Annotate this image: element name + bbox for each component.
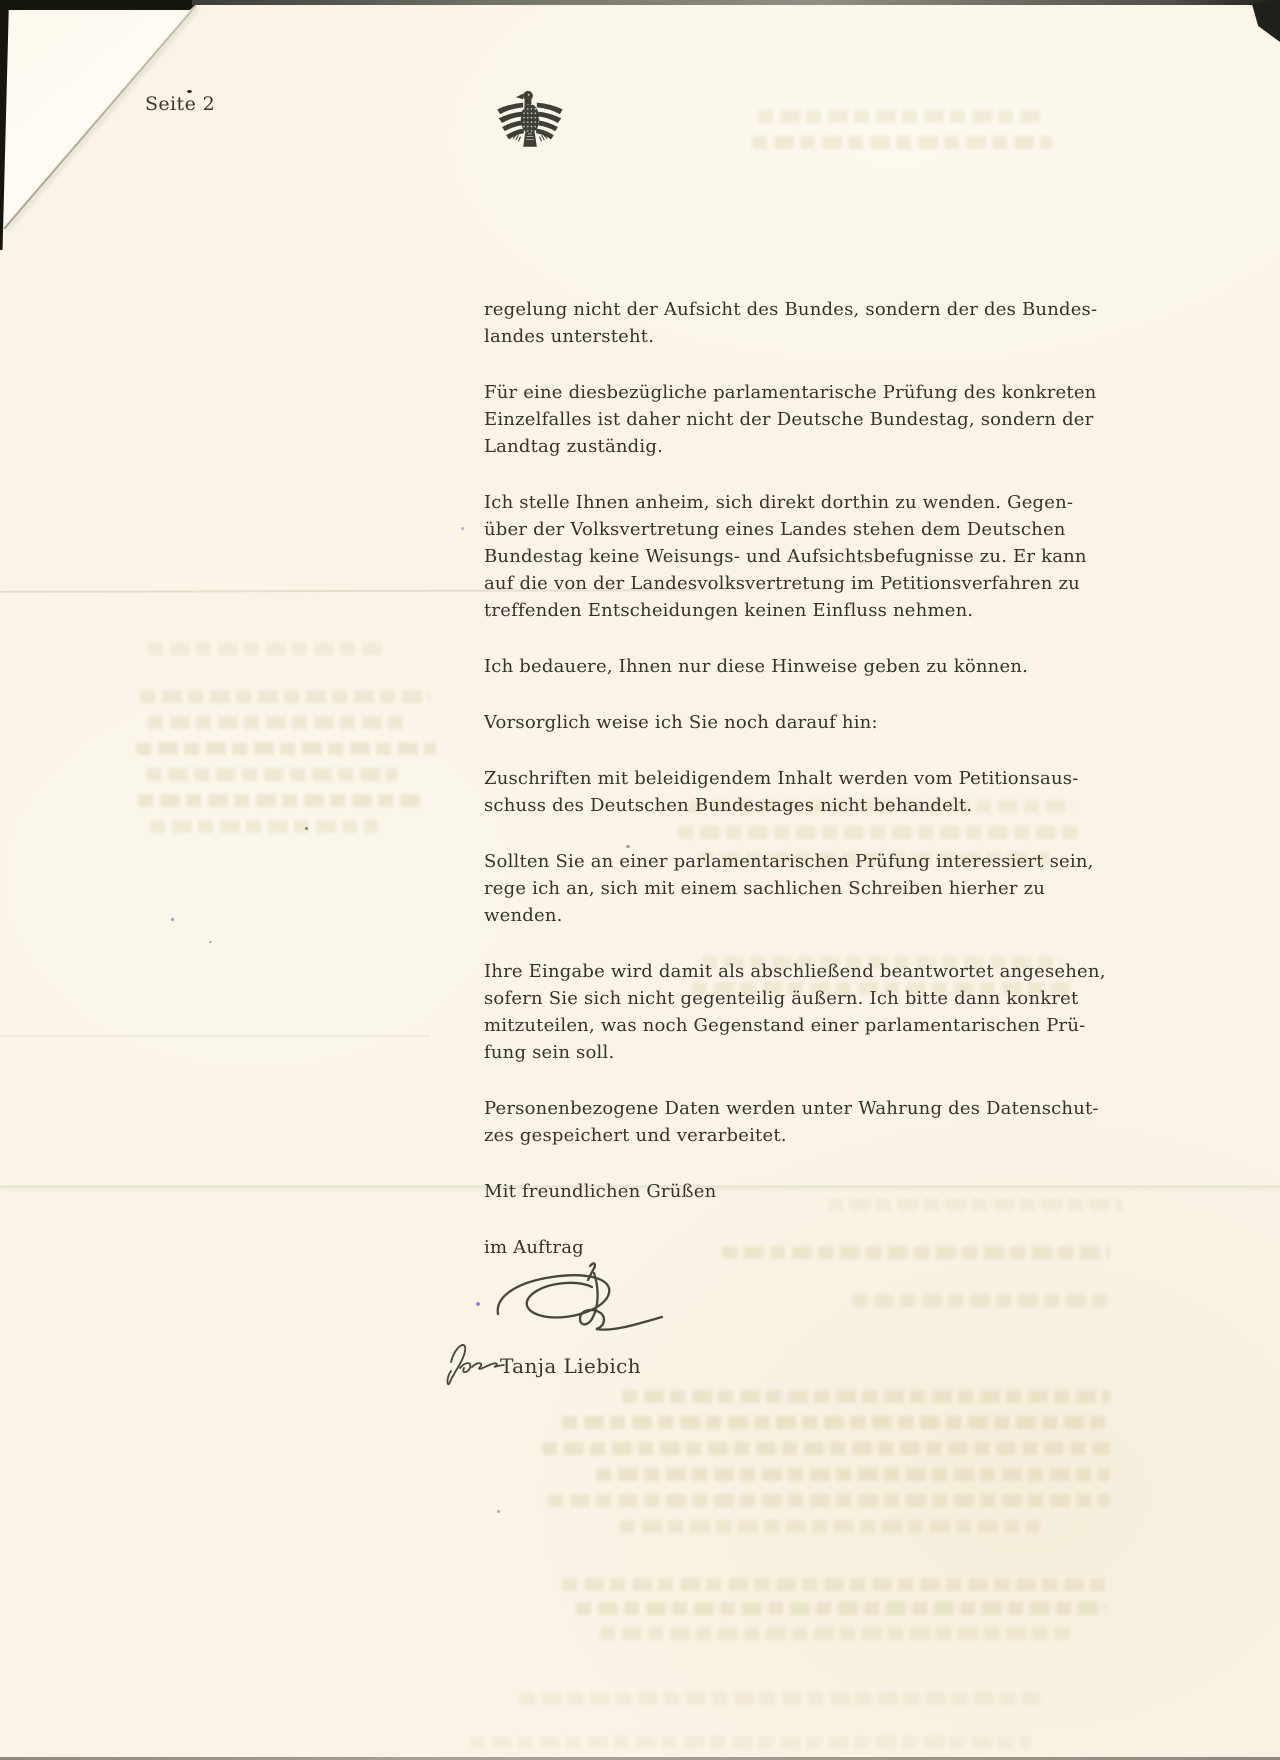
paragraph: Zuschriften mit beleidigendem Inhalt wer… [484, 765, 1164, 819]
scanned-letter-page: Seite 2 [0, 0, 1280, 1760]
ink-speck [305, 827, 308, 830]
letter-body: regelung nicht der Aufsicht des Bundes, … [484, 296, 1164, 1290]
scanner-edge-top-right [1252, 0, 1280, 42]
initials-scribble [444, 1334, 506, 1390]
paragraph: Vorsorglich weise ich Sie noch darauf hi… [484, 709, 1164, 736]
bleed-through-line [148, 716, 410, 729]
bleed-through-line [542, 1442, 1110, 1455]
bleed-through-line [136, 742, 436, 755]
paragraph: Ich bedauere, Ihnen nur diese Hinweise g… [484, 653, 1164, 680]
ink-speck [171, 918, 174, 921]
paragraph: regelung nicht der Aufsicht des Bundes, … [484, 296, 1164, 350]
ink-speck [626, 845, 630, 848]
paragraph: Personenbezogene Daten werden unter Wahr… [484, 1095, 1164, 1149]
bleed-through-line [148, 642, 383, 655]
ink-speck [476, 1302, 480, 1306]
bleed-through-line [758, 110, 1043, 123]
bleed-through-line [140, 690, 430, 703]
closing-line: Mit freundlichen Grüßen [484, 1178, 1164, 1205]
paragraph: Sollten Sie an einer parlamentarischen P… [484, 848, 1164, 929]
bleed-through-line [548, 1494, 1110, 1507]
bleed-through-line [146, 768, 398, 781]
ink-speck [209, 941, 212, 943]
paragraph: Ich stelle Ihnen anheim, sich direkt dor… [484, 489, 1164, 624]
scanner-edge-top [192, 0, 1280, 5]
bleed-through-line [562, 1416, 1110, 1429]
bleed-through-line [150, 820, 378, 833]
ink-speck [461, 527, 464, 530]
ink-speck [497, 1510, 500, 1513]
bleed-through-line [520, 1692, 1040, 1705]
bundestag-eagle-icon [496, 86, 564, 160]
bleed-through-line [752, 136, 1052, 149]
bleed-through-line [138, 794, 420, 807]
paper-crease [0, 1035, 430, 1037]
bleed-through-line [622, 1390, 1110, 1403]
page-number-label: Seite 2 [145, 93, 215, 115]
paragraph: Ihre Eingabe wird damit als abschließend… [484, 958, 1164, 1066]
signature-scribble [490, 1260, 670, 1350]
bleed-through-line [852, 1294, 1110, 1307]
bleed-through-line [470, 1736, 1030, 1749]
ink-speck [187, 90, 192, 93]
scanner-edge-top-left [0, 0, 200, 10]
signer-name: Tanja Liebich [500, 1354, 641, 1378]
paragraph: Für eine diesbezügliche parlamentarische… [484, 379, 1164, 460]
bleed-through-line [600, 1627, 1070, 1640]
on-behalf-line: im Auftrag [484, 1234, 1164, 1261]
bleed-through-line [576, 1602, 1106, 1615]
bleed-through-line [562, 1578, 1110, 1591]
bleed-through-line [596, 1468, 1110, 1481]
bleed-through-line [620, 1520, 1040, 1533]
letter-paragraphs: regelung nicht der Aufsicht des Bundes, … [484, 296, 1164, 1149]
